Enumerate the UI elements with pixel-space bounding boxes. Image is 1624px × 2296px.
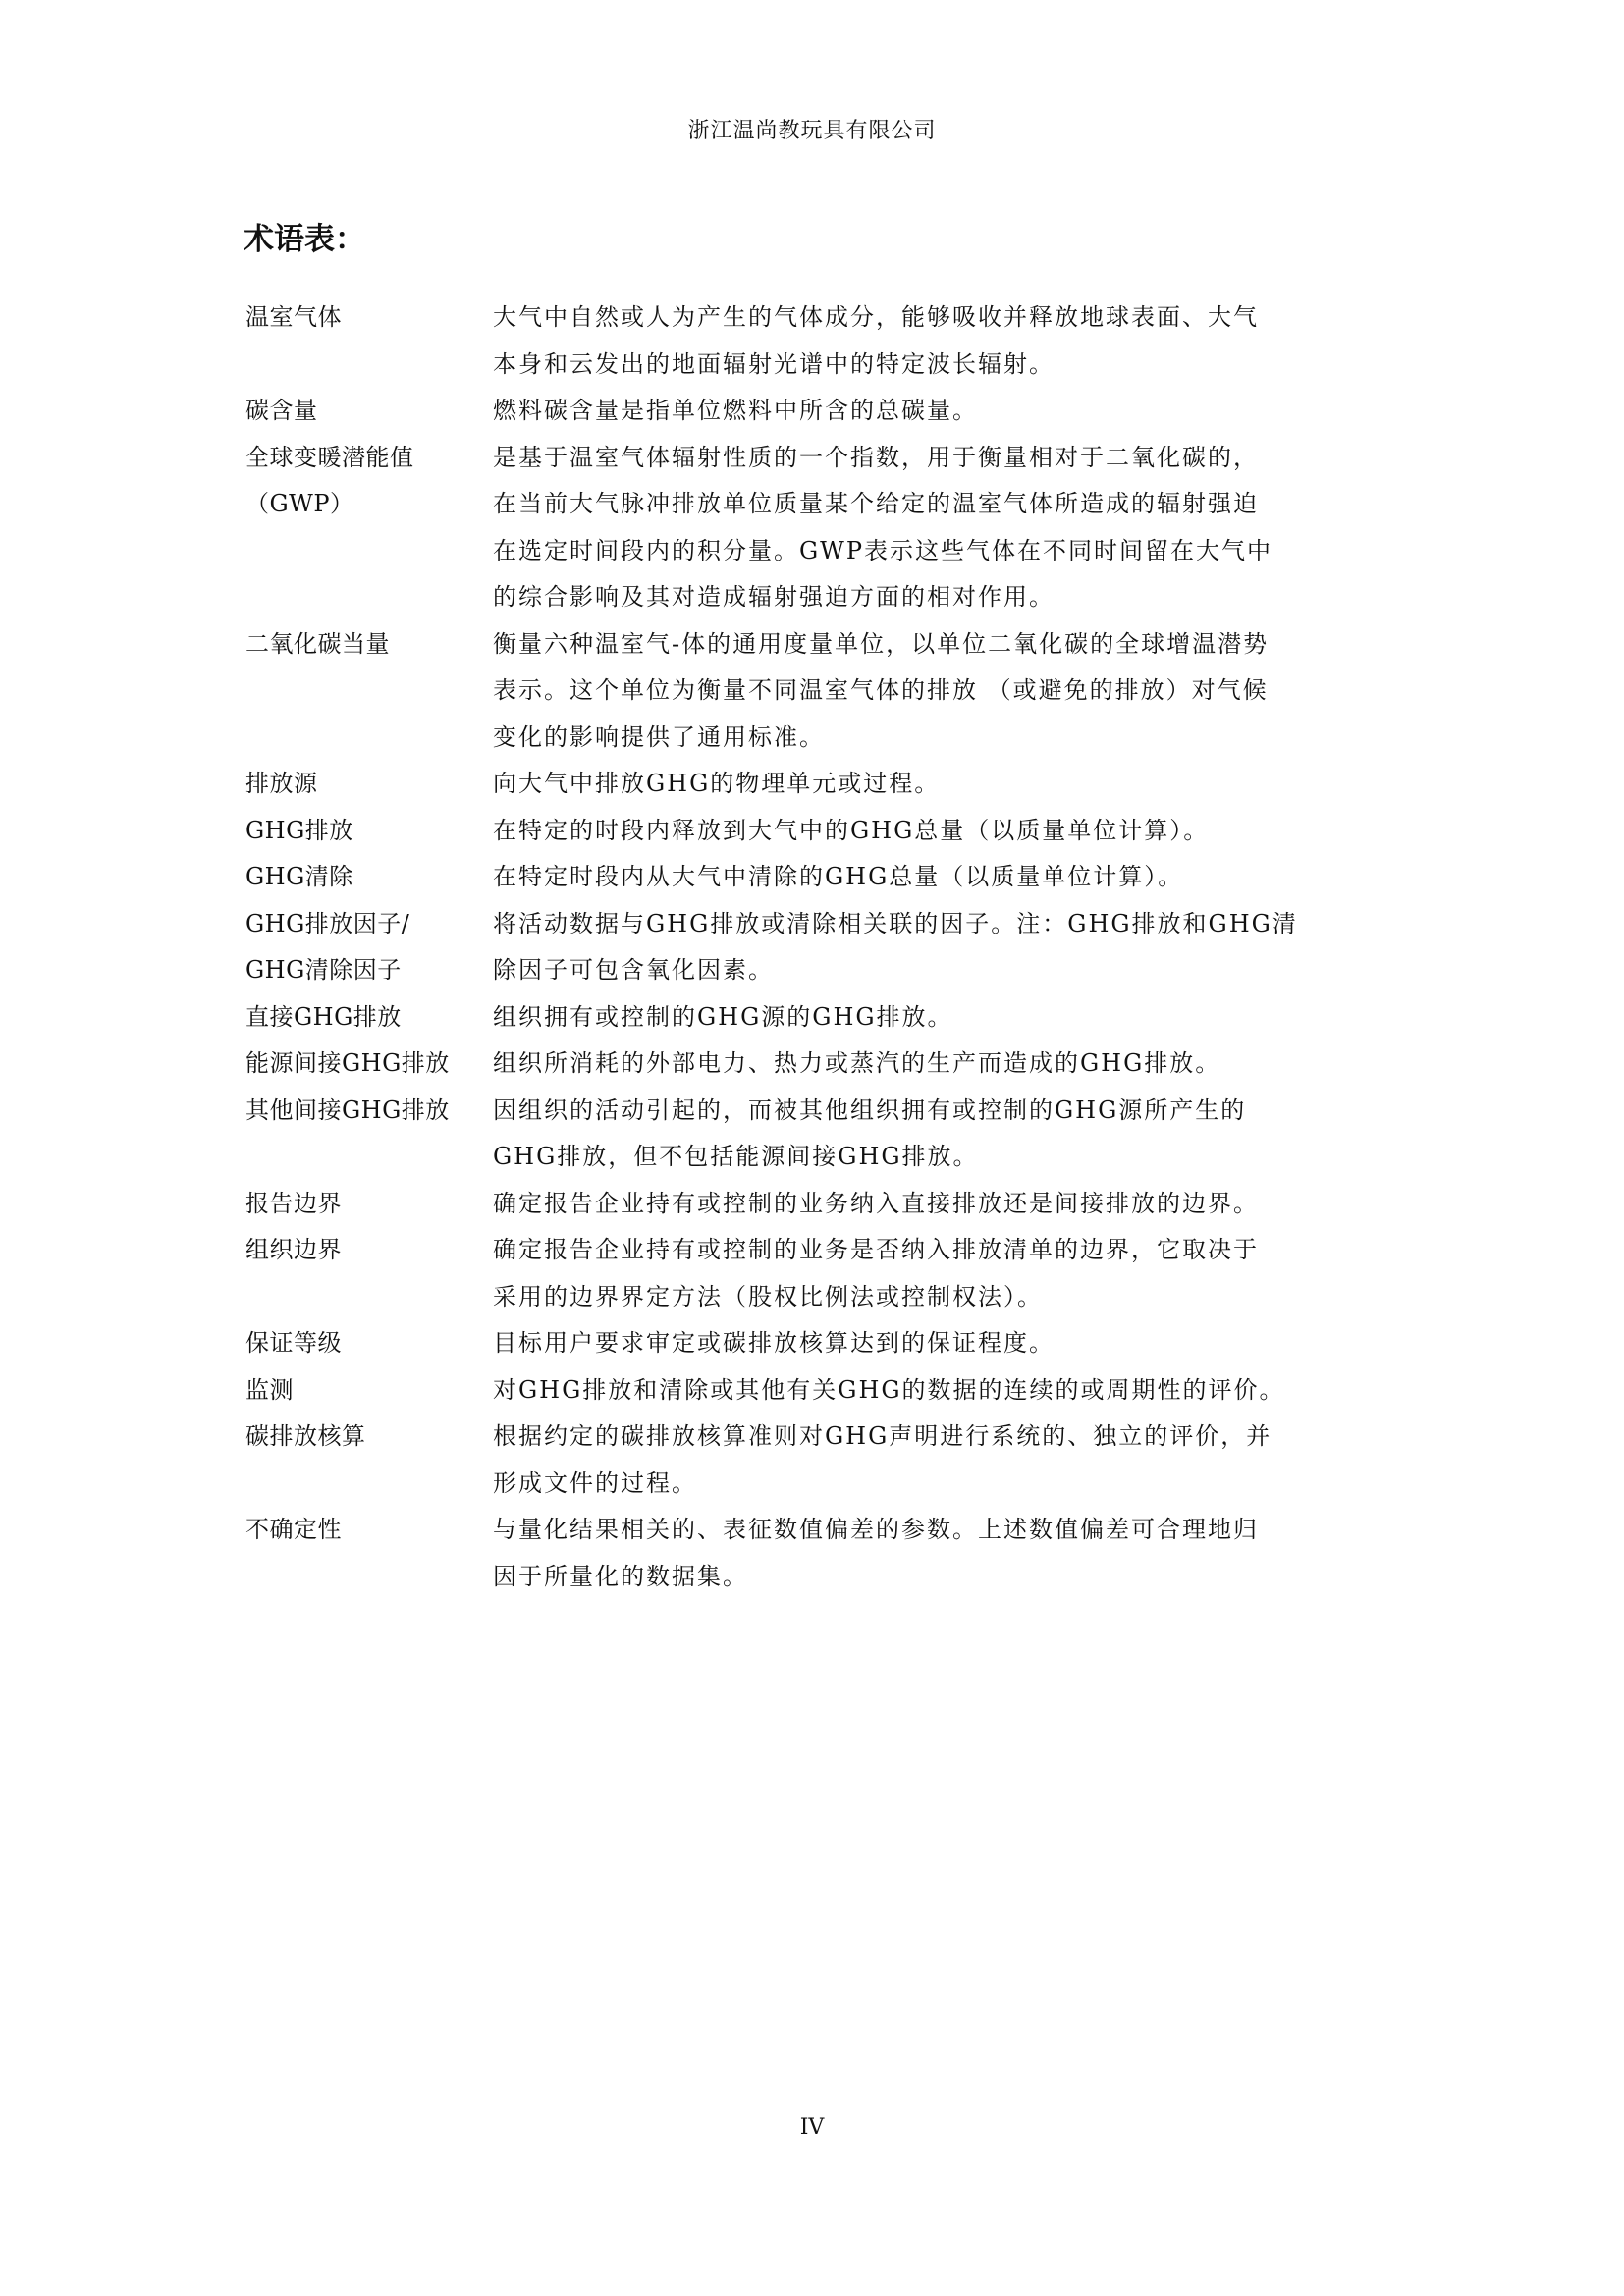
definition-line: 除因子可包含氧化因素。 (493, 947, 1388, 994)
glossary-definition: 根据约定的碳排放核算准则对GHG声明进行系统的、独立的评价，并形成文件的过程。 (493, 1414, 1388, 1507)
glossary-entry: GHG清除在特定时段内从大气中清除的GHG总量（以质量单位计算）。 (245, 854, 1388, 901)
definition-line: 确定报告企业持有或控制的业务是否纳入排放清单的边界，它取决于 (493, 1227, 1388, 1274)
definition-line: 在特定时段内从大气中清除的GHG总量（以质量单位计算）。 (493, 854, 1388, 901)
glossary-entry: 保证等级目标用户要求审定或碳排放核算达到的保证程度。 (245, 1320, 1388, 1367)
glossary-entry: GHG排放因子/ GHG清除因子将活动数据与GHG排放或清除相关联的因子。注：G… (245, 901, 1388, 994)
glossary-entry: 二氧化碳当量衡量六种温室气-体的通用度量单位，以单位二氧化碳的全球增温潜势表示。… (245, 621, 1388, 762)
glossary-term: 不确定性 (245, 1507, 493, 1554)
definition-line: 在选定时间段内的积分量。GWP表示这些气体在不同时间留在大气中 (493, 528, 1388, 575)
glossary-term: GHG排放 (245, 808, 493, 855)
glossary-term: 二氧化碳当量 (245, 621, 493, 668)
glossary-definition: 是基于温室气体辐射性质的一个指数，用于衡量相对于二氧化碳的，在当前大气脉冲排放单… (493, 435, 1388, 621)
glossary-term: 碳排放核算 (245, 1414, 493, 1461)
definition-line: 目标用户要求审定或碳排放核算达到的保证程度。 (493, 1320, 1388, 1367)
glossary-entry: 碳含量燃料碳含量是指单位燃料中所含的总碳量。 (245, 388, 1388, 435)
glossary-entry: GHG排放在特定的时段内释放到大气中的GHG总量（以质量单位计算）。 (245, 808, 1388, 855)
glossary-term: 组织边界 (245, 1227, 493, 1274)
glossary-term: GHG排放因子/ GHG清除因子 (245, 901, 493, 994)
glossary-entry: 能源间接GHG排放组织所消耗的外部电力、热力或蒸汽的生产而造成的GHG排放。 (245, 1041, 1388, 1088)
glossary-entry: 其他间接GHG排放因组织的活动引起的，而被其他组织拥有或控制的GHG源所产生的G… (245, 1088, 1388, 1181)
definition-line: 因于所量化的数据集。 (493, 1554, 1388, 1601)
glossary-definition: 确定报告企业持有或控制的业务是否纳入排放清单的边界，它取决于采用的边界界定方法（… (493, 1227, 1388, 1320)
definition-line: 在特定的时段内释放到大气中的GHG总量（以质量单位计算）。 (493, 808, 1388, 855)
definition-line: 在当前大气脉冲排放单位质量某个给定的温室气体所造成的辐射强迫 (493, 481, 1388, 528)
glossary-term: 保证等级 (245, 1320, 493, 1367)
definition-line: 采用的边界界定方法（股权比例法或控制权法）。 (493, 1274, 1388, 1321)
definition-line: 组织所消耗的外部电力、热力或蒸汽的生产而造成的GHG排放。 (493, 1041, 1388, 1088)
glossary-definition: 衡量六种温室气-体的通用度量单位，以单位二氧化碳的全球增温潜势表示。这个单位为衡… (493, 621, 1388, 762)
glossary-entry: 不确定性与量化结果相关的、表征数值偏差的参数。上述数值偏差可合理地归因于所量化的… (245, 1507, 1388, 1600)
definition-line: 组织拥有或控制的GHG源的GHG排放。 (493, 994, 1388, 1041)
glossary-entry: 温室气体大气中自然或人为产生的气体成分，能够吸收并释放地球表面、大气本身和云发出… (245, 294, 1388, 388)
glossary-title: 术语表： (244, 218, 365, 261)
definition-line: 衡量六种温室气-体的通用度量单位，以单位二氧化碳的全球增温潜势 (493, 621, 1388, 668)
page-header-company: 浙江温尚教玩具有限公司 (0, 116, 1624, 147)
glossary-term: 报告边界 (245, 1181, 493, 1228)
page-number: IV (0, 2112, 1624, 2144)
definition-line: 的综合影响及其对造成辐射强迫方面的相对作用。 (493, 574, 1388, 621)
glossary-entry: 排放源向大气中排放GHG的物理单元或过程。 (245, 761, 1388, 808)
definition-line: 因组织的活动引起的，而被其他组织拥有或控制的GHG源所产生的 (493, 1088, 1388, 1135)
glossary-term: 温室气体 (245, 294, 493, 342)
definition-line: 与量化结果相关的、表征数值偏差的参数。上述数值偏差可合理地归 (493, 1507, 1388, 1554)
glossary-definition: 目标用户要求审定或碳排放核算达到的保证程度。 (493, 1320, 1388, 1367)
glossary-term: 监测 (245, 1367, 493, 1415)
glossary-definition: 将活动数据与GHG排放或清除相关联的因子。注：GHG排放和GHG清除因子可包含氧… (493, 901, 1388, 994)
glossary-entry: 直接GHG排放组织拥有或控制的GHG源的GHG排放。 (245, 994, 1388, 1041)
glossary-entry: 组织边界确定报告企业持有或控制的业务是否纳入排放清单的边界，它取决于采用的边界界… (245, 1227, 1388, 1320)
definition-line: 向大气中排放GHG的物理单元或过程。 (493, 761, 1388, 808)
definition-line: GHG排放，但不包括能源间接GHG排放。 (493, 1134, 1388, 1181)
definition-line: 燃料碳含量是指单位燃料中所含的总碳量。 (493, 388, 1388, 435)
definition-line: 是基于温室气体辐射性质的一个指数，用于衡量相对于二氧化碳的， (493, 435, 1388, 482)
glossary-term: 全球变暖潜能值 （GWP） (245, 435, 493, 528)
definition-line: 对GHG排放和清除或其他有关GHG的数据的连续的或周期性的评价。 (493, 1367, 1388, 1415)
definition-line: 变化的影响提供了通用标准。 (493, 715, 1388, 762)
glossary-entry: 碳排放核算根据约定的碳排放核算准则对GHG声明进行系统的、独立的评价，并形成文件… (245, 1414, 1388, 1507)
definition-line: 将活动数据与GHG排放或清除相关联的因子。注：GHG排放和GHG清 (493, 901, 1388, 948)
definition-line: 大气中自然或人为产生的气体成分，能够吸收并释放地球表面、大气 (493, 294, 1388, 342)
glossary-definition: 在特定时段内从大气中清除的GHG总量（以质量单位计算）。 (493, 854, 1388, 901)
glossary-definition: 向大气中排放GHG的物理单元或过程。 (493, 761, 1388, 808)
glossary-term: 其他间接GHG排放 (245, 1088, 493, 1135)
definition-line: 确定报告企业持有或控制的业务纳入直接排放还是间接排放的边界。 (493, 1181, 1388, 1228)
glossary-entry: 报告边界确定报告企业持有或控制的业务纳入直接排放还是间接排放的边界。 (245, 1181, 1388, 1228)
glossary-definition: 对GHG排放和清除或其他有关GHG的数据的连续的或周期性的评价。 (493, 1367, 1388, 1415)
glossary-term: 能源间接GHG排放 (245, 1041, 493, 1088)
glossary-entry: 监测对GHG排放和清除或其他有关GHG的数据的连续的或周期性的评价。 (245, 1367, 1388, 1415)
definition-line: 根据约定的碳排放核算准则对GHG声明进行系统的、独立的评价，并 (493, 1414, 1388, 1461)
glossary-list: 温室气体大气中自然或人为产生的气体成分，能够吸收并释放地球表面、大气本身和云发出… (245, 294, 1388, 1600)
definition-line: 表示。这个单位为衡量不同温室气体的排放 （或避免的排放）对气候 (493, 667, 1388, 715)
glossary-definition: 燃料碳含量是指单位燃料中所含的总碳量。 (493, 388, 1388, 435)
glossary-definition: 组织拥有或控制的GHG源的GHG排放。 (493, 994, 1388, 1041)
glossary-definition: 组织所消耗的外部电力、热力或蒸汽的生产而造成的GHG排放。 (493, 1041, 1388, 1088)
glossary-definition: 与量化结果相关的、表征数值偏差的参数。上述数值偏差可合理地归因于所量化的数据集。 (493, 1507, 1388, 1600)
glossary-term: 直接GHG排放 (245, 994, 493, 1041)
glossary-definition: 因组织的活动引起的，而被其他组织拥有或控制的GHG源所产生的GHG排放，但不包括… (493, 1088, 1388, 1181)
glossary-definition: 在特定的时段内释放到大气中的GHG总量（以质量单位计算）。 (493, 808, 1388, 855)
definition-line: 形成文件的过程。 (493, 1461, 1388, 1508)
glossary-term: GHG清除 (245, 854, 493, 901)
glossary-term: 碳含量 (245, 388, 493, 435)
glossary-term: 排放源 (245, 761, 493, 808)
definition-line: 本身和云发出的地面辐射光谱中的特定波长辐射。 (493, 342, 1388, 389)
glossary-definition: 确定报告企业持有或控制的业务纳入直接排放还是间接排放的边界。 (493, 1181, 1388, 1228)
glossary-entry: 全球变暖潜能值 （GWP）是基于温室气体辐射性质的一个指数，用于衡量相对于二氧化… (245, 435, 1388, 621)
glossary-definition: 大气中自然或人为产生的气体成分，能够吸收并释放地球表面、大气本身和云发出的地面辐… (493, 294, 1388, 388)
